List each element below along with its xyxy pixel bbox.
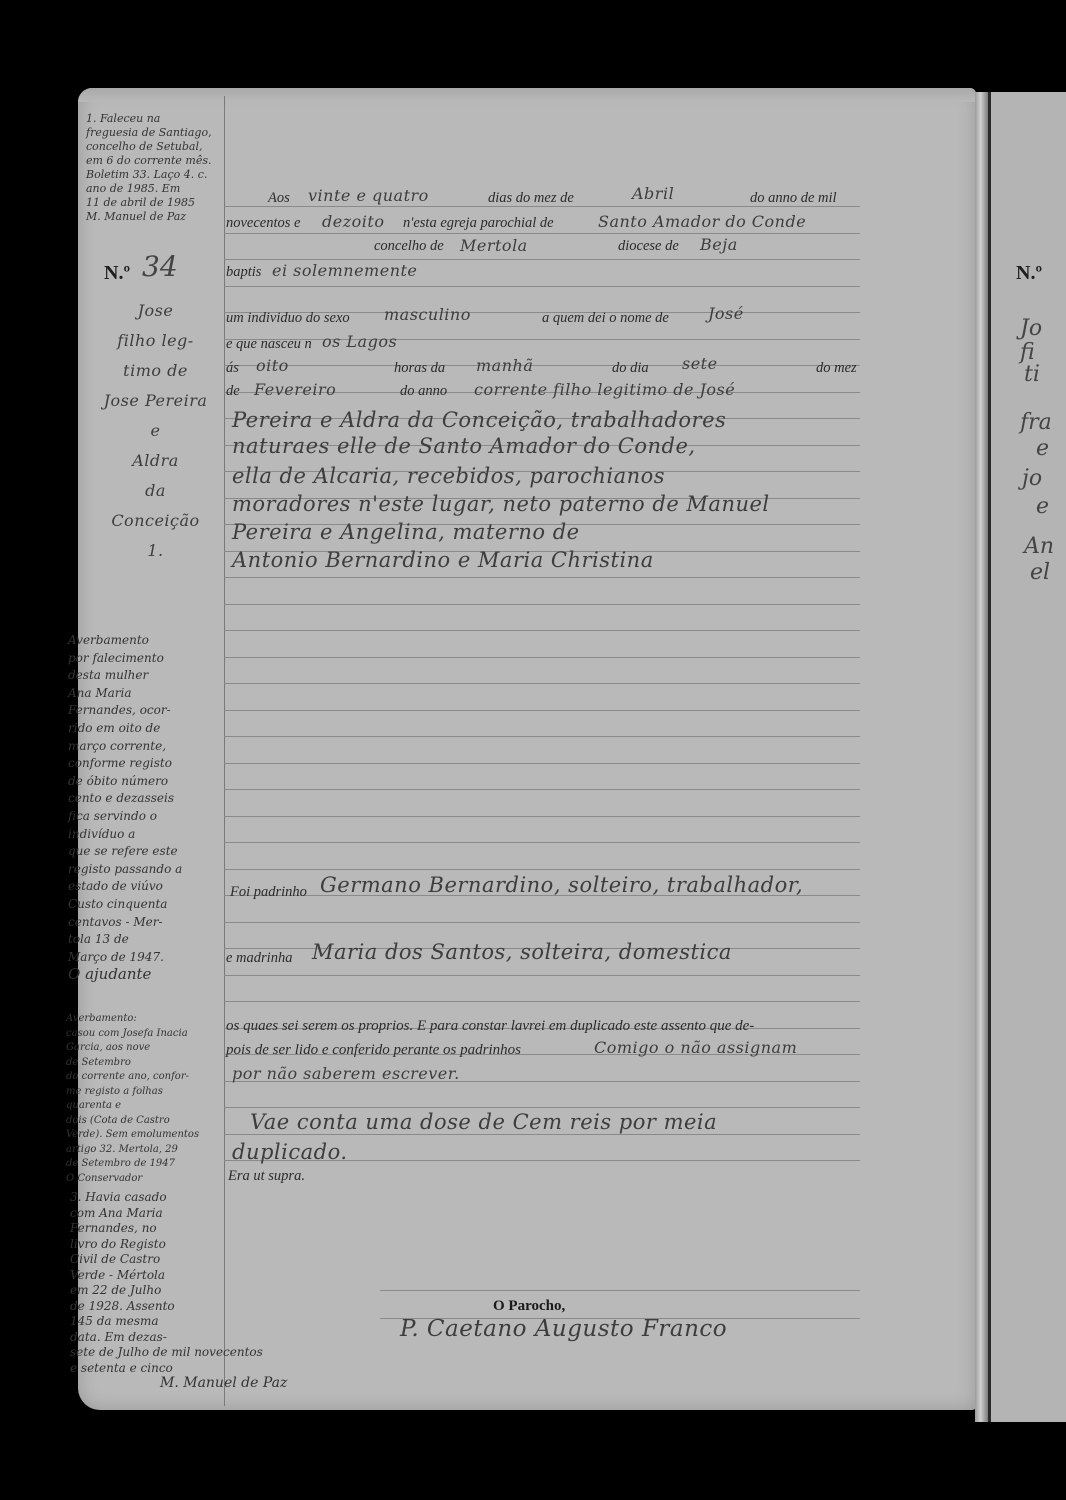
field-diocese: Beja: [700, 235, 738, 254]
field-godfather: Germano Bernardino, solteiro, trabalhado…: [320, 873, 803, 897]
note-line: Garcia, aos nove: [66, 1041, 199, 1056]
form-as: ás: [226, 360, 239, 377]
ruled-line: [224, 286, 860, 287]
field-fee-note-2: duplicado.: [232, 1140, 348, 1164]
ruled-line: [224, 789, 860, 790]
field-godmother: Maria dos Santos, solteira, domestica: [312, 940, 732, 964]
facing-fragment: An: [1024, 534, 1054, 559]
form-anno-de-mil: do anno de mil: [750, 190, 837, 207]
note-line: registo passando a: [68, 861, 182, 879]
facing-fragment: jo: [1022, 466, 1042, 491]
note-line: Fernandes, no: [70, 1221, 287, 1237]
summary-line: Jose: [88, 296, 223, 326]
field-signing-note: Comigo o não assignam: [594, 1038, 797, 1057]
summary-line: e: [88, 416, 223, 446]
ruled-line: [224, 763, 860, 764]
signature-title: O Parocho,: [493, 1298, 565, 1315]
field-concelho: Mertola: [460, 236, 528, 255]
ruled-line: [224, 710, 860, 711]
field-year: dezoito: [322, 212, 384, 231]
note-line: 11 de abril de 1985: [86, 196, 212, 210]
facing-fragment: e: [1036, 494, 1049, 519]
note-line: M. Manuel de Paz: [86, 210, 212, 224]
form-do-anno: do anno: [400, 383, 447, 400]
field-sex: masculino: [384, 305, 471, 324]
entry-number: 34: [142, 250, 178, 283]
form-dias-do-mez: dias do mez de: [488, 190, 574, 207]
field-birth-day: sete: [682, 354, 718, 373]
facing-fragment: Jo: [1020, 316, 1042, 341]
body-line-6: Antonio Bernardino e Maria Christina: [232, 548, 654, 572]
form-horas-da: horas da: [394, 360, 445, 377]
note-line: do corrente ano, confor-: [66, 1070, 199, 1085]
ruled-line: [224, 869, 860, 870]
note-line: tola 13 de: [68, 931, 182, 949]
note-line: indivíduo a: [68, 826, 182, 844]
facing-fragment: el: [1030, 560, 1050, 585]
margin-note-death: 1. Faleceu na freguesia de Santiago, con…: [86, 112, 212, 224]
note-line: livro do Registo: [70, 1237, 287, 1253]
note-line: de 1928. Assento: [70, 1299, 287, 1315]
form-do-mez: do mez: [816, 360, 857, 377]
note-line: de Setembro de 1947: [66, 1157, 199, 1172]
note-line: 1. Faleceu na: [86, 112, 212, 126]
note-line: de óbito número: [68, 773, 182, 791]
field-period: manhã: [476, 356, 533, 375]
ruled-line: [224, 842, 860, 843]
facing-fragment: fra: [1020, 410, 1052, 435]
form-baptis: baptis: [226, 264, 261, 281]
margin-note-averbamento-2: Averbamento: casou com Josefa Inacia Gar…: [66, 1012, 199, 1186]
note-line: por falecimento: [68, 650, 182, 668]
field-parish: Santo Amador do Conde: [598, 212, 806, 231]
note-line: quarenta e: [66, 1099, 199, 1114]
ruled-line: [224, 1134, 860, 1135]
field-signing-note-2: por não saberem escrever.: [232, 1064, 460, 1083]
form-closing-line-2: pois de ser lido e conferido perante os …: [226, 1042, 521, 1059]
form-aos: Aos: [268, 190, 290, 207]
form-concelho: concelho de: [374, 238, 444, 255]
note-line: Ana Maria: [68, 685, 182, 703]
ruled-line: [224, 339, 860, 340]
note-line: artigo 32. Mertola, 29: [66, 1143, 199, 1158]
form-madrinha: e madrinha: [226, 950, 292, 967]
ruled-line: [224, 233, 860, 234]
form-closing-line-1: os quaes sei serem os proprios. E para c…: [226, 1018, 754, 1035]
summary-line: Jose Pereira: [88, 386, 223, 416]
field-baptism-manner: ei solemnemente: [272, 261, 417, 280]
ruled-line: [224, 604, 860, 605]
note-line: centavos - Mer-: [68, 914, 182, 932]
note-line: ano de 1985. Em: [86, 182, 212, 196]
field-birthplace: os Lagos: [322, 332, 397, 351]
body-line-2: naturaes elle de Santo Amador do Conde,: [232, 434, 696, 458]
book-fold: [975, 92, 989, 1422]
note-line: me registo a folhas: [66, 1085, 199, 1100]
note-line: estado de viúvo: [68, 878, 182, 896]
summary-line: filho leg-: [88, 326, 223, 356]
facing-fragment: ti: [1024, 362, 1040, 387]
form-de: de: [226, 383, 240, 400]
form-sexo: um individuo do sexo: [226, 310, 350, 327]
field-hour: oito: [256, 356, 289, 375]
note-line: conforme registo: [68, 755, 182, 773]
form-novecentos: novecentos e: [226, 215, 300, 232]
ruled-line: [380, 1290, 860, 1291]
facing-fragment: e: [1036, 436, 1049, 461]
note-line: e setenta e cinco: [70, 1361, 287, 1377]
note-line: que se refere este: [68, 843, 182, 861]
note-line: O Conservador: [66, 1172, 199, 1187]
note-line: 145 da mesma: [70, 1314, 287, 1330]
note-line: rido em oito de: [68, 720, 182, 738]
field-parents-start: corrente filho legitimo de José: [474, 380, 735, 399]
ruled-line: [224, 1107, 860, 1108]
note-line: Custo cinquenta: [68, 896, 182, 914]
ruled-line: [224, 365, 860, 366]
note-line: sete de Julho de mil novecentos: [70, 1345, 287, 1361]
field-month: Abril: [632, 184, 674, 203]
note-line: Averbamento: [68, 632, 182, 650]
note-line: Civil de Castro: [70, 1252, 287, 1268]
note-line: Março de 1947.: [68, 949, 182, 967]
note-line: desta mulher: [68, 667, 182, 685]
note-line: O ajudante: [68, 966, 182, 984]
form-nasceu: e que nasceu n: [226, 336, 312, 353]
note-line: em 22 de Julho: [70, 1283, 287, 1299]
body-line-4: moradores n'este lugar, neto paterno de …: [232, 492, 770, 516]
note-line: concelho de Setubal,: [86, 140, 212, 154]
note-line: fica servindo o: [68, 808, 182, 826]
note-line: março corrente,: [68, 738, 182, 756]
ruled-line: [224, 1001, 860, 1002]
ruled-line: [224, 975, 860, 976]
body-line-1: Pereira e Aldra da Conceição, trabalhado…: [232, 408, 726, 432]
ruled-line: [224, 577, 860, 578]
field-name: José: [708, 304, 744, 323]
note-line: Verde - Mértola: [70, 1268, 287, 1284]
note-line: freguesia de Santiago,: [86, 126, 212, 140]
body-line-3: ella de Alcaria, recebidos, parochianos: [232, 464, 665, 488]
field-fee-note: Vae conta uma dose de Cem reis por meia: [250, 1110, 717, 1134]
summary-line: 1.: [88, 536, 223, 566]
parish-priest-signature: P. Caetano Augusto Franco: [400, 1316, 727, 1342]
summary-line: timo de: [88, 356, 223, 386]
ruled-line: [224, 922, 860, 923]
facing-entry-number-label: N.º: [1016, 262, 1042, 285]
ruled-line: [224, 816, 860, 817]
page-top-edge: [78, 88, 976, 102]
note-line: cento e dezasseis: [68, 790, 182, 808]
ruled-line: [224, 736, 860, 737]
note-line: Averbamento:: [66, 1012, 199, 1027]
ruled-line: [224, 259, 860, 260]
note-line: 3. Havia casado: [70, 1190, 287, 1206]
note-line: Fernandes, ocor-: [68, 702, 182, 720]
ruled-line: [224, 630, 860, 631]
summary-line: Aldra: [88, 446, 223, 476]
note-line: casou com Josefa Inacia: [66, 1027, 199, 1042]
note-line: em 6 do corrente mês.: [86, 154, 212, 168]
note-line: de Setembro: [66, 1056, 199, 1071]
note-line: M. Manuel de Paz: [70, 1376, 287, 1392]
field-birth-month: Fevereiro: [254, 380, 336, 399]
form-diocese: diocese de: [618, 238, 679, 255]
facing-page: [988, 92, 1066, 1422]
note-line: Boletim 33. Laço 4. c.: [86, 168, 212, 182]
note-line: com Ana Maria: [70, 1206, 287, 1222]
ruled-line: [224, 683, 860, 684]
summary-line: Conceição: [88, 506, 223, 536]
note-line: dois (Cota de Castro: [66, 1114, 199, 1129]
margin-note-3: 3. Havia casado com Ana Maria Fernandes,…: [70, 1190, 287, 1392]
margin-child-summary: Jose filho leg- timo de Jose Pereira e A…: [88, 296, 223, 566]
note-line: Verde). Sem emolumentos: [66, 1128, 199, 1143]
form-do-dia: do dia: [612, 360, 649, 377]
ruled-line: [224, 657, 860, 658]
form-egreja-parochial: n'esta egreja parochial de: [403, 215, 554, 232]
form-era-ut-supra: Era ut supra.: [228, 1168, 305, 1185]
margin-note-averbamento-1: Averbamento por falecimento desta mulher…: [68, 632, 182, 984]
body-line-5: Pereira e Angelina, materno de: [232, 520, 580, 544]
form-foi-padrinho: Foi padrinho: [230, 884, 307, 901]
field-day: vinte e quatro: [308, 186, 429, 205]
summary-line: da: [88, 476, 223, 506]
note-line: data. Em dezas-: [70, 1330, 287, 1346]
form-nome: a quem dei o nome de: [542, 310, 669, 327]
entry-number-label: N.º: [104, 262, 130, 285]
